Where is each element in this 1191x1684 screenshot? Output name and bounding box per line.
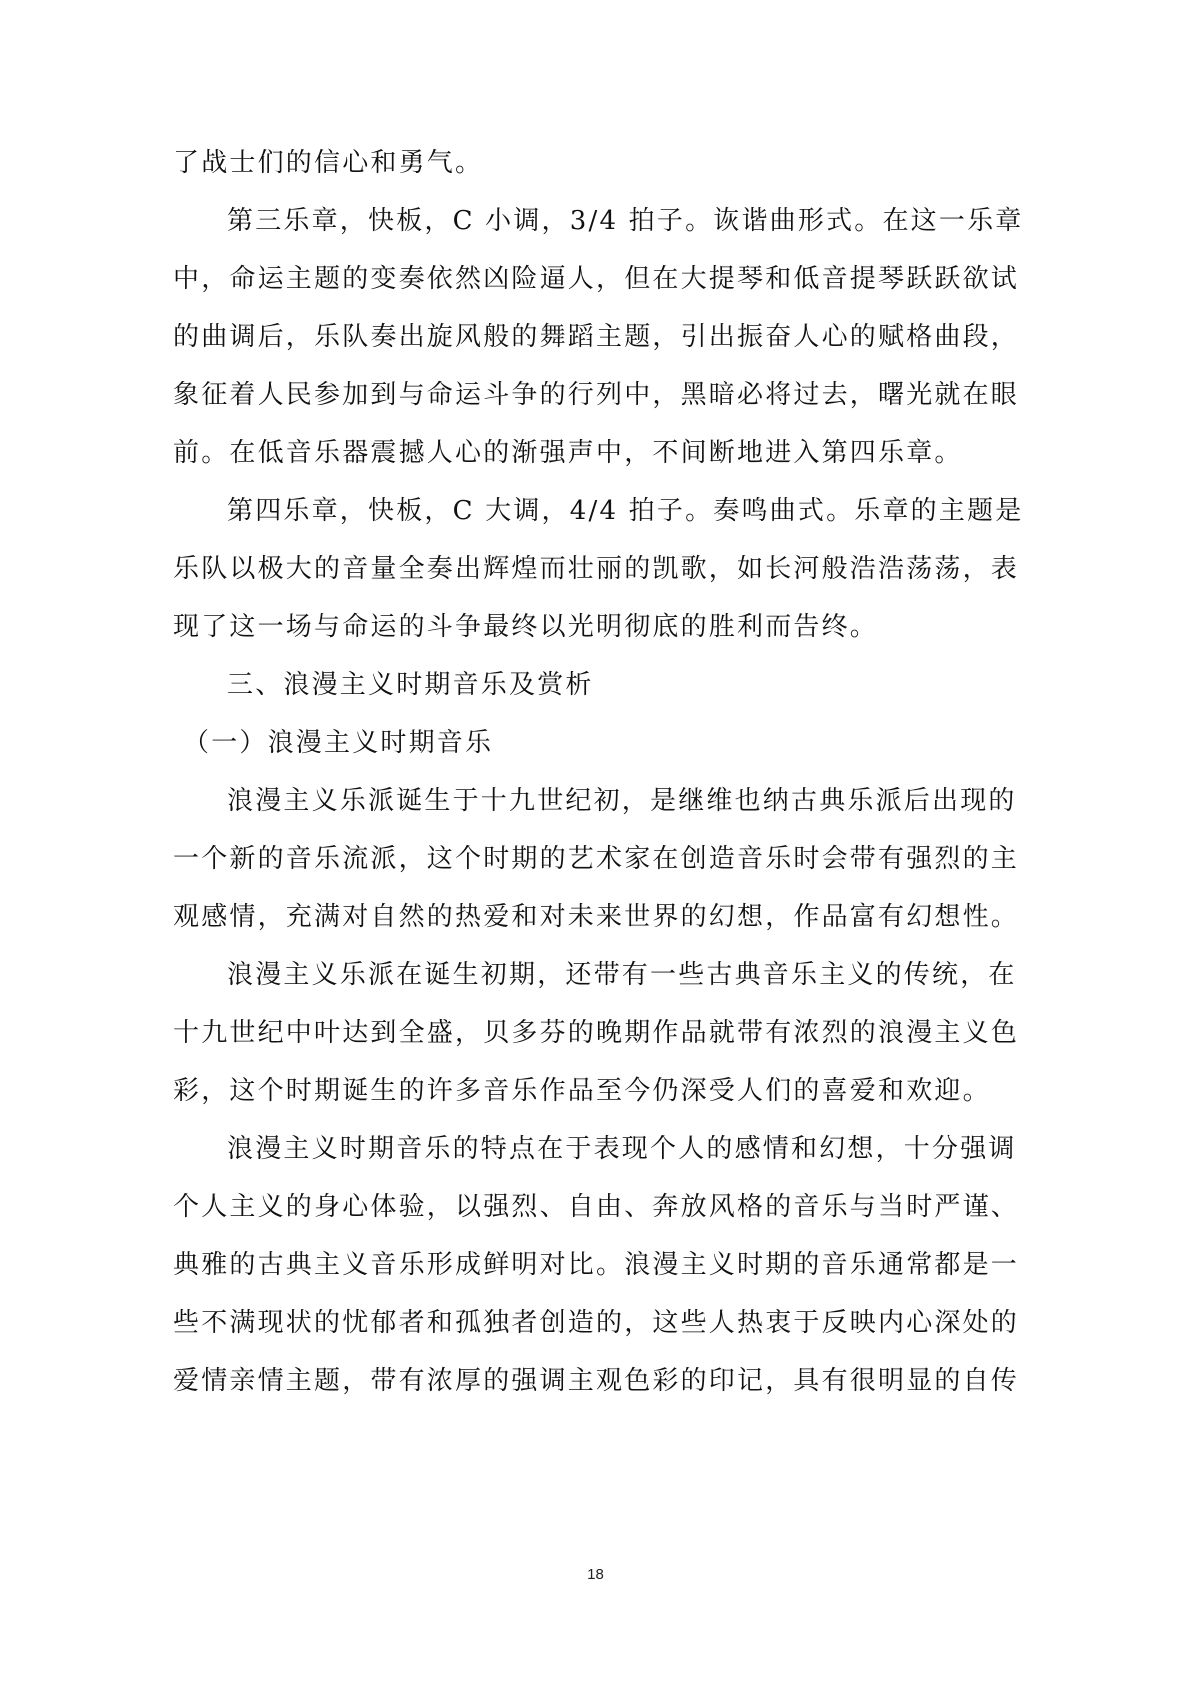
paragraph-fourth-movement: 第四乐章，快板，C 大调，4/4 拍子。奏鸣曲式。乐章的主题是 — [173, 494, 973, 552]
paragraph-romanticism-origin: 浪漫主义乐派诞生于十九世纪初，是继维也纳古典乐派后出现的 — [173, 784, 973, 842]
text-line: 爱情亲情主题，带有浓厚的强调主观色彩的印记，具有很明显的自传 — [173, 1364, 973, 1422]
text-line-continuation: 了战士们的信心和勇气。 — [173, 146, 973, 204]
page-number: 18 — [0, 1566, 1191, 1583]
text-line: 乐队以极大的音量全奏出辉煌而壮丽的凯歌，如长河般浩浩荡荡，表 — [173, 552, 973, 610]
text-line: 象征着人民参加到与命运斗争的行列中，黑暗必将过去，曙光就在眼 — [173, 378, 973, 436]
text-line: 现了这一场与命运的斗争最终以光明彻底的胜利而告终。 — [173, 610, 973, 668]
document-page: 了战士们的信心和勇气。 第三乐章，快板，C 小调，3/4 拍子。诙谐曲形式。在这… — [0, 0, 1191, 1684]
text-line: 观感情，充满对自然的热爱和对未来世界的幻想，作品富有幻想性。 — [173, 900, 973, 958]
text-line: 些不满现状的忧郁者和孤独者创造的，这些人热衷于反映内心深处的 — [173, 1306, 973, 1364]
text-line: 典雅的古典主义音乐形成鲜明对比。浪漫主义时期的音乐通常都是一 — [173, 1248, 973, 1306]
subsection-heading: （一）浪漫主义时期音乐 — [173, 726, 973, 784]
body-text: 了战士们的信心和勇气。 第三乐章，快板，C 小调，3/4 拍子。诙谐曲形式。在这… — [173, 146, 973, 1422]
paragraph-romanticism-traits: 浪漫主义时期音乐的特点在于表现个人的感情和幻想，十分强调 — [173, 1132, 973, 1190]
text-line: 中，命运主题的变奏依然凶险逼人，但在大提琴和低音提琴跃跃欲试 — [173, 262, 973, 320]
text-line: 彩，这个时期诞生的许多音乐作品至今仍深受人们的喜爱和欢迎。 — [173, 1074, 973, 1132]
text-line: 前。在低音乐器震撼人心的渐强声中，不间断地进入第四乐章。 — [173, 436, 973, 494]
section-heading: 三、浪漫主义时期音乐及赏析 — [173, 668, 973, 726]
text-line: 十九世纪中叶达到全盛，贝多芬的晚期作品就带有浓烈的浪漫主义色 — [173, 1016, 973, 1074]
paragraph-romanticism-early: 浪漫主义乐派在诞生初期，还带有一些古典音乐主义的传统，在 — [173, 958, 973, 1016]
paragraph-third-movement: 第三乐章，快板，C 小调，3/4 拍子。诙谐曲形式。在这一乐章 — [173, 204, 973, 262]
text-line: 的曲调后，乐队奏出旋风般的舞蹈主题，引出振奋人心的赋格曲段， — [173, 320, 973, 378]
text-line: 个人主义的身心体验，以强烈、自由、奔放风格的音乐与当时严谨、 — [173, 1190, 973, 1248]
text-line: 一个新的音乐流派，这个时期的艺术家在创造音乐时会带有强烈的主 — [173, 842, 973, 900]
